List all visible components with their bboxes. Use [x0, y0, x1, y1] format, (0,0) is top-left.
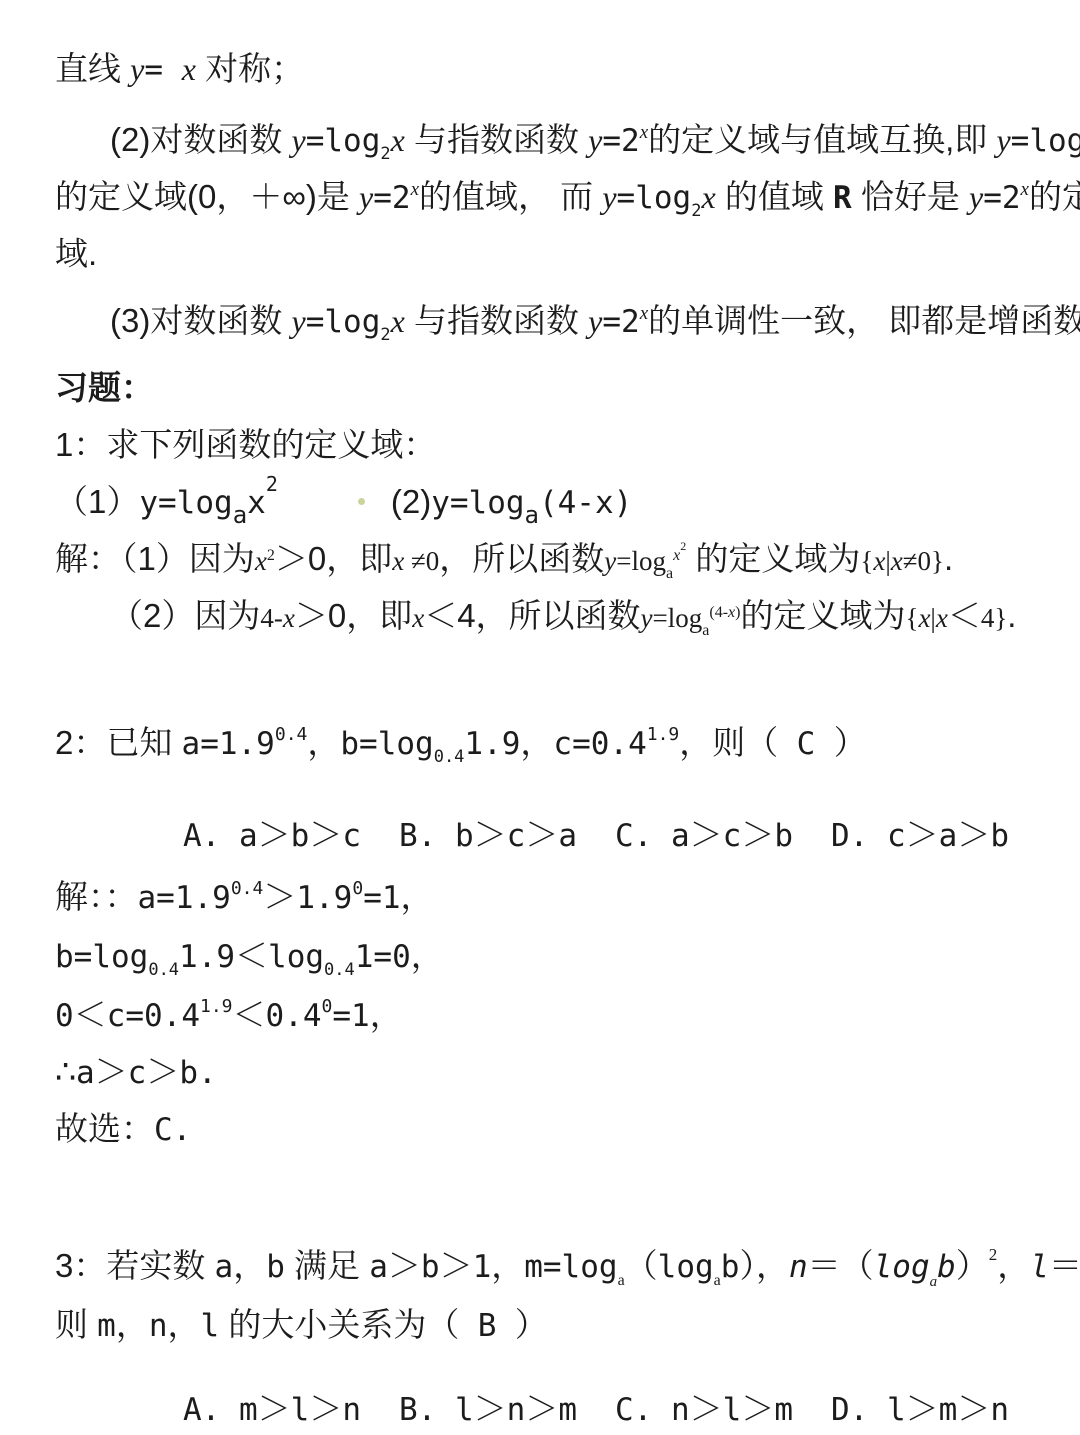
seg-t: 对称；: [196, 50, 304, 87]
seg-t: .: [1007, 597, 1016, 634]
seg-tb: 习题：: [55, 369, 154, 406]
seg-bsup: 2: [266, 472, 278, 496]
seg-m: =1: [363, 880, 400, 916]
problem2-solution-c: 0＜c=0.41.9＜0.40=1，: [55, 986, 1052, 1043]
seg-m: 1.9: [296, 880, 352, 916]
seg-itsub: a: [930, 1274, 938, 1290]
seg-m: y=log: [139, 485, 232, 521]
seg-si: x: [936, 603, 948, 633]
seg-m: 0.4: [266, 998, 322, 1034]
seg-t: (3)对数函数: [110, 302, 292, 339]
seg-sub: 0.4: [148, 960, 179, 980]
line-point3: (3)对数函数 y=log2x 与指数函数 y=2x的单调性一致， 即都是增函数…: [55, 292, 1052, 349]
seg-t: 解：：: [55, 878, 138, 915]
seg-m: c: [507, 818, 526, 854]
seg-m: l: [291, 1392, 310, 1428]
line-point2-a: (2)对数函数 y=log2x 与指数函数 y=2x的定义域与值域互换,即 y=…: [55, 111, 1052, 168]
seg-i: y: [292, 122, 306, 158]
seg-sub: 0.4: [324, 960, 355, 980]
seg-t: 与指数函数: [405, 302, 588, 339]
seg-sub: 2: [691, 201, 701, 221]
seg-m: 1=0: [355, 939, 411, 975]
seg-sup: 0.4: [231, 878, 264, 899]
seg-t: （1）: [55, 483, 139, 520]
seg-i: y: [292, 303, 306, 339]
seg-m: b=log: [55, 939, 148, 975]
seg-s: =log: [616, 546, 666, 576]
seg-t: 的定义域为: [686, 540, 860, 577]
seg-m: =log: [617, 180, 692, 216]
seg-m: =2: [373, 180, 410, 216]
problem3-title: 3：若实数 a，b 满足 a＞b＞1，m=loga（logab），n＝（loga…: [55, 1237, 1052, 1294]
seg-m: a: [369, 1249, 388, 1285]
seg-t: (2)对数函数: [110, 121, 292, 158]
seg-i: x: [391, 122, 405, 158]
seg-i: y: [588, 303, 602, 339]
line-point2-b: 的定义域(0，＋∞)是 y=2x的值域， 而 y=log2x 的值域 R 恰好是…: [55, 168, 1052, 225]
seg-t: ，: [520, 724, 553, 761]
seg-m: a=1.9: [138, 880, 231, 916]
seg-sub: 2: [380, 144, 390, 164]
seg-sup: 0: [352, 878, 363, 899]
seg-m: b: [774, 818, 793, 854]
seg-t: ）: [739, 1247, 756, 1284]
seg-t: ＞: [690, 816, 723, 853]
seg-m: D. l: [831, 1392, 906, 1428]
seg-t: ＞: [258, 816, 291, 853]
seg-itsup: 2: [989, 1245, 998, 1264]
line-symmetry-tail: 直线 y= x 对称；: [55, 40, 1052, 97]
problem1-functions: （1）y=logax2(2)y=loga(4-x): [55, 473, 1052, 530]
seg-m: x: [247, 485, 266, 521]
seg-m: =log: [1011, 123, 1080, 159]
seg-si: x: [255, 546, 267, 576]
seg-si: y: [604, 546, 616, 576]
seg-ssub: a: [666, 565, 673, 582]
seg-t: ＜4，所以函数: [424, 597, 640, 634]
seg-m: b.: [179, 1055, 216, 1091]
seg-t: ＜: [235, 937, 268, 974]
seg-si: x: [891, 546, 903, 576]
seg-m: log: [268, 939, 324, 975]
seg-i: y: [130, 51, 144, 87]
seg-m: b=log: [340, 726, 433, 762]
seg-sup: 0.4: [275, 724, 308, 745]
problem2-title: 2：已知 a=1.90.4，b=log0.41.9，c=0.41.9，则（ C …: [55, 714, 1052, 771]
seg-sub: 0.4: [434, 747, 465, 767]
seg-sup: 0: [322, 996, 333, 1017]
seg-t: 的定义域为: [740, 597, 905, 634]
seg-i: x: [701, 179, 715, 215]
seg-t: ＞: [309, 1390, 342, 1427]
seg-m: C. a: [615, 818, 690, 854]
seg-t: 解：（1）因为: [55, 540, 255, 577]
seg-m: b: [990, 818, 1009, 854]
seg-s: ≠0: [404, 546, 439, 576]
seg-m: 1.9: [179, 939, 235, 975]
seg-m: c=0.4: [107, 998, 200, 1034]
seg-t: ＞: [263, 878, 296, 915]
seg-t: （2）因为: [110, 597, 260, 634]
problem2-options: A. a＞b＞cB. b＞c＞aC. a＞c＞bD. c＞a＞b: [55, 806, 1052, 863]
problem2-solution-b: b=log0.41.9＜log0.41=0，: [55, 927, 1052, 984]
seg-m: =log: [306, 123, 381, 159]
seg-t: 的大小关系为（: [219, 1306, 478, 1343]
seg-t: ）: [956, 1247, 989, 1284]
seg-it: n: [789, 1249, 808, 1285]
seg-t: ＞: [388, 1247, 421, 1284]
seg-t: ，: [756, 1247, 789, 1284]
seg-t: 的定义域(0，＋∞)是: [55, 178, 359, 215]
seg-t: ，: [168, 1306, 201, 1343]
seg-i: y: [996, 122, 1010, 158]
worksheet-page: 直线 y= x 对称； (2)对数函数 y=log2x 与指数函数 y=2x的定…: [0, 0, 1080, 1435]
seg-i: y: [969, 179, 983, 215]
seg-m: n: [342, 1392, 361, 1428]
seg-t: ＜: [233, 996, 266, 1033]
problem2-conclusion: ∴a＞c＞b.: [55, 1043, 1052, 1100]
seg-m: m: [939, 1392, 958, 1428]
seg-i: x: [182, 51, 196, 87]
problem2-answer: 故选：C.: [55, 1100, 1052, 1157]
seg-m: C.: [154, 1112, 191, 1148]
seg-t: ＞0，即: [295, 597, 412, 634]
seg-t: 的值域: [716, 178, 833, 215]
seg-t: 满足: [285, 1247, 369, 1284]
seg-si: y: [641, 603, 653, 633]
seg-t: ，所以函数: [439, 540, 604, 577]
seg-m: b: [291, 818, 310, 854]
seg-m: a: [76, 1055, 95, 1091]
seg-m: a=1.9: [182, 726, 275, 762]
seg-t: ，: [997, 1247, 1030, 1284]
seg-m: a: [558, 818, 577, 854]
seg-t: ∴: [55, 1053, 76, 1090]
line-point2-c: 域.: [55, 225, 1052, 282]
seg-t: 直线: [55, 50, 130, 87]
seg-suba: a: [525, 501, 539, 529]
seg-s: ≠0}: [903, 546, 944, 576]
seg-t: ＞: [309, 816, 342, 853]
seg-m: B. b: [399, 818, 474, 854]
seg-mb: R: [833, 180, 852, 216]
seg-it: l: [1030, 1249, 1049, 1285]
seg-m: m: [97, 1308, 116, 1344]
seg-supi: x: [640, 122, 648, 143]
seg-m: D. c: [831, 818, 906, 854]
seg-t: ）: [815, 724, 866, 761]
seg-ssub: a: [702, 622, 709, 639]
seg-s: 4}: [981, 603, 1007, 633]
problem3-question: 则 m，n，l 的大小关系为（ B ）: [55, 1296, 1052, 1353]
seg-t: 故选：: [55, 1110, 154, 1147]
seg-t: ＞: [95, 1053, 128, 1090]
seg-t: ＞: [146, 1053, 179, 1090]
problem1-solution-2: （2）因为4-x＞0，即x＜4，所以函数y=loga(4-x)的定义域为{x|x…: [55, 587, 1052, 644]
seg-m: m=log: [524, 1249, 617, 1285]
seg-m: c: [128, 1055, 147, 1091]
seg-t: ，: [411, 937, 444, 974]
seg-t: ，: [370, 996, 403, 1033]
seg-t: ，: [307, 724, 340, 761]
seg-t: 域.: [55, 235, 97, 272]
seg-t: ＞: [906, 1390, 939, 1427]
seg-m: 1.9: [464, 726, 520, 762]
seg-sub: 2: [380, 325, 390, 345]
seg-m: 0: [55, 998, 74, 1034]
seg-m: n: [507, 1392, 526, 1428]
seg-t: ＞: [440, 1247, 473, 1284]
seg-t: ＞: [957, 1390, 990, 1427]
seg-t: ＝: [1049, 1247, 1080, 1284]
seg-sup: 1.9: [647, 724, 680, 745]
seg-m: A. m: [183, 1392, 258, 1428]
seg-ssup: (4-: [709, 604, 728, 621]
seg-m: B. l: [399, 1392, 474, 1428]
seg-m: =2: [983, 180, 1020, 216]
seg-t: 1：求下列函数的定义域：: [55, 426, 436, 463]
seg-m: B: [478, 1308, 497, 1344]
seg-s: =log: [653, 603, 703, 633]
seg-ssub: a: [714, 1272, 721, 1289]
seg-m: =2: [602, 304, 639, 340]
problem1-solution-1: 解：（1）因为x2＞0，即x ≠0，所以函数y=logax2 的定义域为{x|x…: [55, 530, 1052, 587]
seg-t: ＜: [948, 597, 981, 634]
seg-sup: 1.9: [200, 996, 233, 1017]
seg-t: 则: [55, 1306, 97, 1343]
seg-t: ＞: [957, 816, 990, 853]
seg-m: y=log: [431, 485, 524, 521]
seg-i: y: [602, 179, 616, 215]
seg-si: x: [283, 603, 295, 633]
seg-t: 恰好是: [852, 178, 969, 215]
seg-t: ＞: [690, 1390, 723, 1427]
seg-t: 的单调性一致， 即都是增函数.: [648, 302, 1080, 339]
seg-m: m: [558, 1392, 577, 1428]
seg-t: ＞: [474, 816, 507, 853]
seg-m: A. a: [183, 818, 258, 854]
seg-ssup2: 2: [680, 539, 686, 553]
seg-m: =: [144, 52, 181, 88]
seg-it: log: [874, 1249, 930, 1285]
seg-t: .: [944, 540, 953, 577]
seg-i: x: [391, 303, 405, 339]
seg-t: （: [625, 1247, 658, 1284]
seg-m: (4-x): [539, 485, 632, 521]
seg-si: x: [392, 546, 404, 576]
seg-t: 与指数函数: [405, 121, 588, 158]
seg-t: ＝（: [808, 1247, 874, 1284]
seg-s: 4-: [260, 603, 283, 633]
seg-dot: [358, 498, 365, 505]
seg-m: c: [723, 818, 742, 854]
seg-t: ＞: [741, 816, 774, 853]
seg-m: n: [990, 1392, 1009, 1428]
seg-supi: x: [411, 179, 419, 200]
seg-t: (2): [391, 483, 431, 520]
seg-ssup: 2: [267, 547, 275, 564]
seg-t: 2：已知: [55, 724, 182, 761]
seg-i: y: [588, 122, 602, 158]
seg-t: ＞: [525, 1390, 558, 1427]
seg-t: 的值域， 而: [419, 178, 602, 215]
seg-m: l: [201, 1308, 220, 1344]
seg-m: C: [797, 726, 816, 762]
seg-t: ＜: [74, 996, 107, 1033]
seg-si: x: [873, 546, 885, 576]
seg-m: =1: [332, 998, 369, 1034]
seg-t: ＞: [474, 1390, 507, 1427]
seg-t: ＞0，即: [275, 540, 392, 577]
seg-suba: a: [233, 501, 247, 529]
seg-m: =2: [602, 123, 639, 159]
seg-t: ＞: [741, 1390, 774, 1427]
seg-t: ＞: [525, 816, 558, 853]
seg-s: {: [860, 546, 873, 576]
seg-m: c=0.4: [553, 726, 646, 762]
seg-m: log: [658, 1249, 714, 1285]
seg-m: b: [266, 1249, 285, 1285]
seg-t: 的定义域与值域互换,即: [648, 121, 996, 158]
problem1-title: 1：求下列函数的定义域：: [55, 416, 1052, 473]
seg-supi: x: [1021, 179, 1029, 200]
seg-it: b: [937, 1249, 956, 1285]
seg-t: ，: [401, 878, 434, 915]
seg-m: b: [421, 1249, 440, 1285]
problem2-solution-a: 解：：a=1.90.4＞1.90=1，: [55, 868, 1052, 925]
seg-m: b: [721, 1249, 740, 1285]
seg-t: 3：若实数: [55, 1247, 215, 1284]
seg-m: =log: [306, 304, 381, 340]
problem3-options: A. m＞l＞nB. l＞n＞mC. n＞l＞mD. l＞m＞n: [55, 1380, 1052, 1435]
seg-m: a: [215, 1249, 234, 1285]
seg-m: n: [149, 1308, 168, 1344]
seg-m: C. n: [615, 1392, 690, 1428]
seg-si: x: [918, 603, 930, 633]
seg-t: ，则（: [679, 724, 796, 761]
seg-t: ＞: [258, 1390, 291, 1427]
seg-s: {: [905, 603, 918, 633]
seg-m: a: [939, 818, 958, 854]
seg-t: ，: [116, 1306, 149, 1343]
seg-t: ）: [496, 1306, 547, 1343]
seg-m: 1: [473, 1249, 492, 1285]
heading-exercises: 习题：: [55, 359, 1052, 416]
seg-ssup: ): [735, 604, 740, 621]
seg-m: l: [723, 1392, 742, 1428]
seg-i: y: [359, 179, 373, 215]
seg-m: m: [774, 1392, 793, 1428]
seg-t: ＞: [906, 816, 939, 853]
seg-t: 的定义: [1029, 178, 1080, 215]
seg-m: c: [342, 818, 361, 854]
seg-si: x: [412, 603, 424, 633]
seg-t: ，: [491, 1247, 524, 1284]
seg-supi: x: [640, 303, 648, 324]
seg-ssub: a: [618, 1272, 625, 1289]
seg-t: ，: [233, 1247, 266, 1284]
